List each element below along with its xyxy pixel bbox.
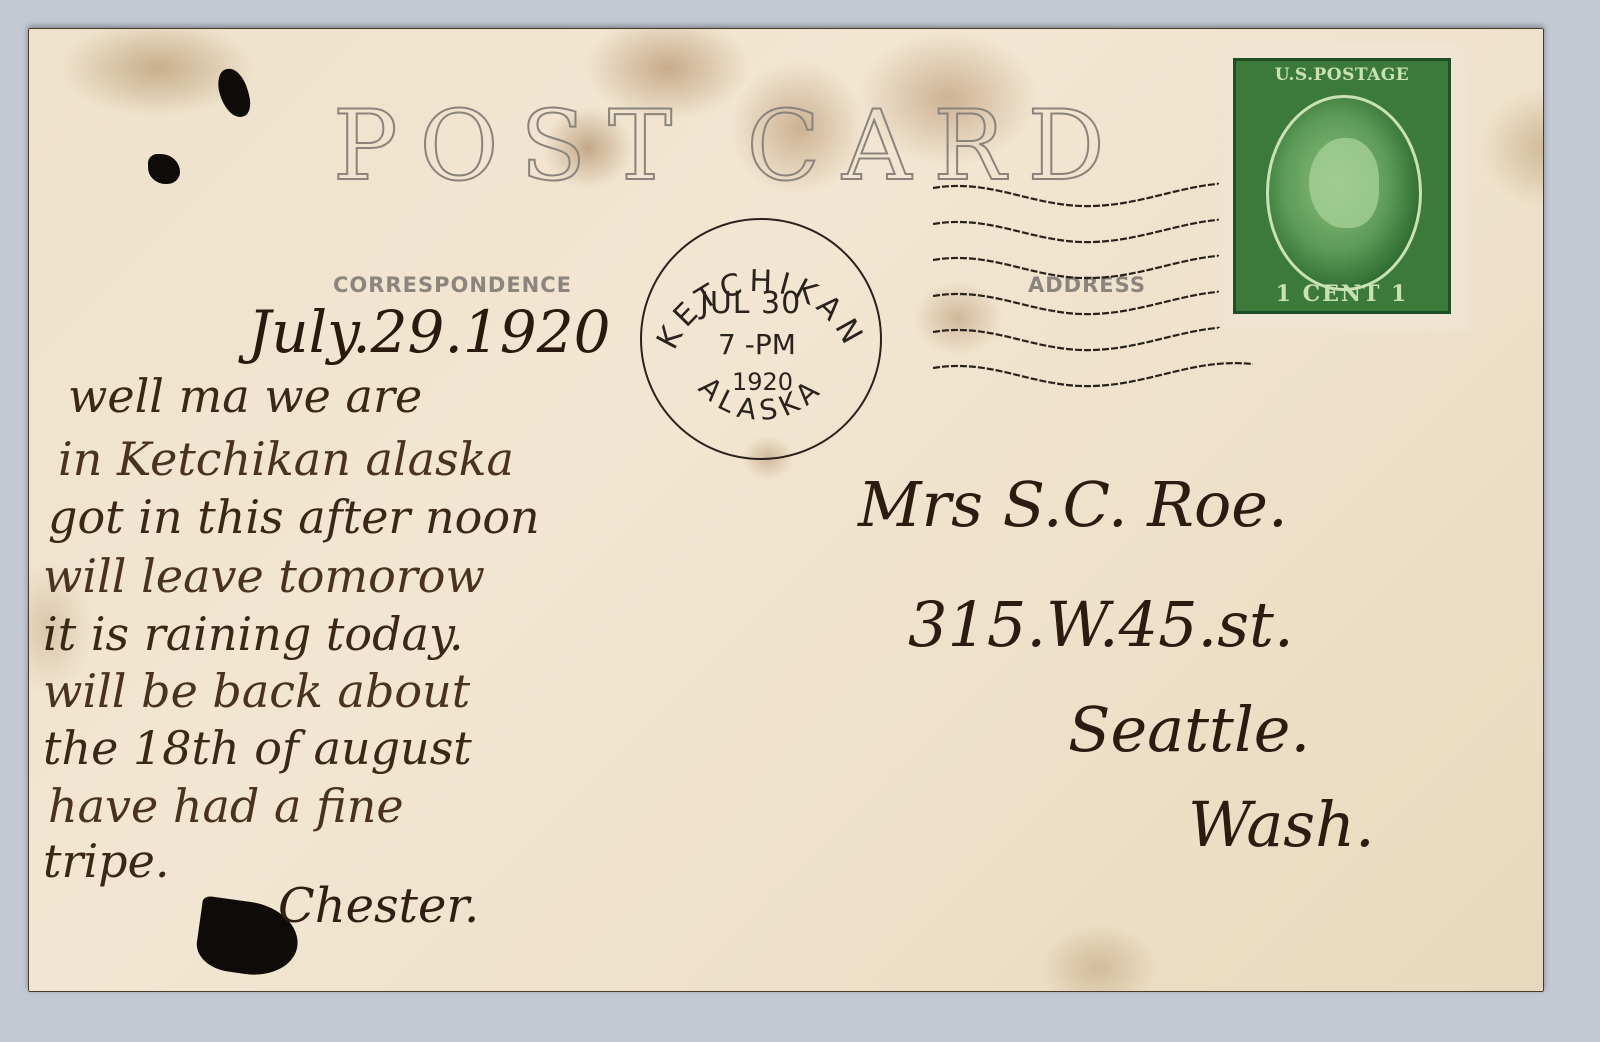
postmark-year: 1920 xyxy=(732,368,793,396)
postage-stamp: U.S.POSTAGE 1 CENT 1 xyxy=(1223,46,1465,328)
postmark: KETCHIKAN ALASKA JUL 30 7 -PM 1920 xyxy=(640,218,882,460)
message-line: will leave tomorow xyxy=(43,553,485,599)
message-line: have had a fine xyxy=(48,783,404,829)
message-line: will be back about xyxy=(43,668,470,714)
burn-hole xyxy=(148,154,180,184)
message-date: July.29.1920 xyxy=(248,298,611,366)
correspondence-label: CORRESPONDENCE xyxy=(333,273,572,297)
address-line: Mrs S.C. Roe. xyxy=(858,468,1288,541)
address-line: Seattle. xyxy=(1068,693,1310,766)
message-line: well ma we are xyxy=(68,373,422,419)
postmark-date: JUL 30 xyxy=(700,286,801,321)
stamp-top-text: U.S.POSTAGE xyxy=(1236,65,1448,85)
stamp-denomination: 1 CENT 1 xyxy=(1236,281,1448,307)
postcard: POST CARD CORRESPONDENCE ADDRESS KETCHIK… xyxy=(28,28,1544,992)
signature: Chester. xyxy=(278,878,479,934)
burn-hole xyxy=(214,65,254,121)
message-line: in Ketchikan alaska xyxy=(58,436,514,482)
message-line: the 18th of august xyxy=(43,725,472,771)
message-line: tripe. xyxy=(43,838,169,884)
cancellation-lines-icon xyxy=(933,178,1253,388)
washington-portrait-icon xyxy=(1266,95,1422,291)
message-line: it is raining today. xyxy=(43,611,463,657)
message-line: got in this after noon xyxy=(48,494,540,540)
postmark-time: 7 -PM xyxy=(718,328,796,361)
address-line: 315.W.45.st. xyxy=(908,588,1294,661)
address-line: Wash. xyxy=(1188,788,1375,861)
